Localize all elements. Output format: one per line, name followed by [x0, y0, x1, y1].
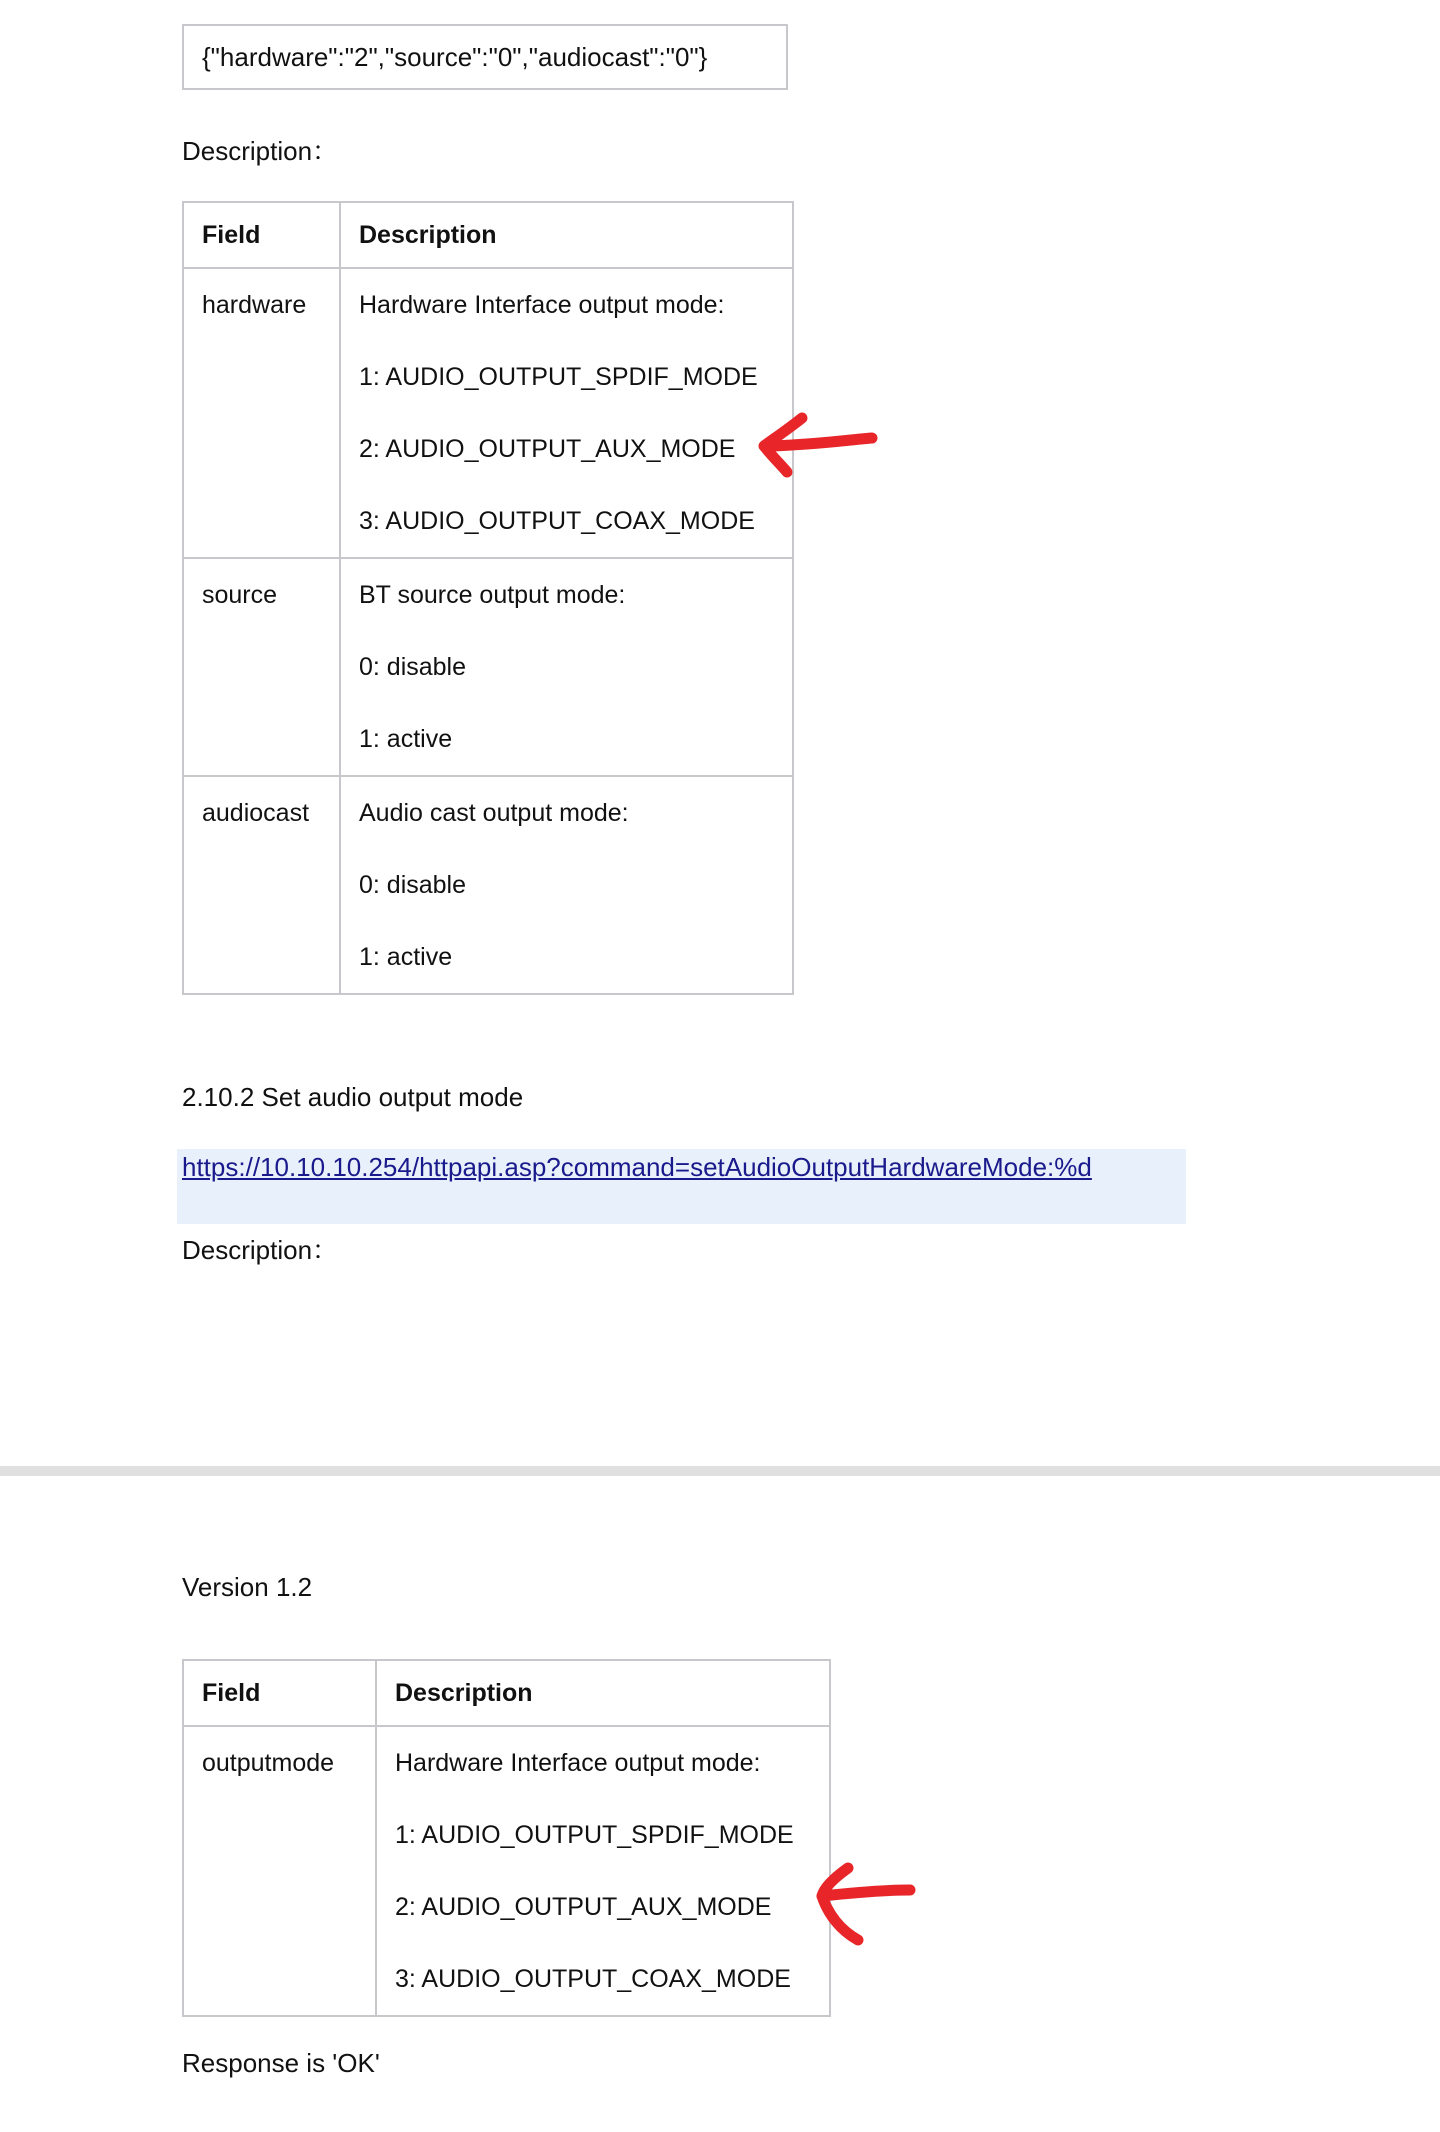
field-cell: audiocast [183, 776, 340, 994]
description-cell: Audio cast output mode:0: disable1: acti… [340, 776, 793, 994]
red-arrow-icon [810, 1862, 920, 1962]
column-header: Field [183, 202, 340, 268]
api-command-link[interactable]: https://10.10.10.254/httpapi.asp?command… [182, 1152, 1092, 1183]
description-label-2: Description： [182, 1230, 338, 1267]
column-header: Field [183, 1660, 376, 1726]
table-row: audiocastAudio cast output mode:0: disab… [183, 776, 793, 994]
description-line: 2: AUDIO_OUTPUT_AUX_MODE [395, 1871, 811, 1943]
field-name: audiocast [202, 777, 321, 849]
description-line: BT source output mode: [359, 559, 774, 631]
field-name: outputmode [202, 1727, 357, 1799]
description-line: Hardware Interface output mode: [395, 1727, 811, 1799]
description-line: 3: AUDIO_OUTPUT_COAX_MODE [359, 485, 774, 557]
description-label: Description： [182, 131, 338, 168]
table-row: outputmodeHardware Interface output mode… [183, 1726, 830, 2016]
field-name: source [202, 559, 321, 631]
description-line: 3: AUDIO_OUTPUT_COAX_MODE [395, 1943, 811, 2015]
red-arrow-icon [752, 410, 882, 480]
field-cell: source [183, 558, 340, 776]
version-label: Version 1.2 [182, 1572, 312, 1603]
page-separator [0, 1466, 1440, 1476]
description-line: 0: disable [359, 849, 774, 921]
description-line: Hardware Interface output mode: [359, 269, 774, 341]
response-example-text: {"hardware":"2","source":"0","audiocast"… [202, 42, 707, 73]
response-text: Response is 'OK' [182, 2048, 380, 2079]
description-line: 1: AUDIO_OUTPUT_SPDIF_MODE [395, 1799, 811, 1871]
table-row: sourceBT source output mode:0: disable1:… [183, 558, 793, 776]
column-header: Description [376, 1660, 830, 1726]
description-cell: BT source output mode:0: disable1: activ… [340, 558, 793, 776]
field-table-v12: FieldDescriptionoutputmodeHardware Inter… [182, 1659, 831, 2017]
description-line: 1: active [359, 703, 774, 775]
table-header-row: FieldDescription [183, 1660, 830, 1726]
field-name: hardware [202, 269, 321, 341]
column-header: Description [340, 202, 793, 268]
field-cell: hardware [183, 268, 340, 558]
field-cell: outputmode [183, 1726, 376, 2016]
table-header-row: FieldDescription [183, 202, 793, 268]
description-line: 1: active [359, 921, 774, 993]
description-line: Audio cast output mode: [359, 777, 774, 849]
description-cell: Hardware Interface output mode:1: AUDIO_… [340, 268, 793, 558]
description-line: 2: AUDIO_OUTPUT_AUX_MODE [359, 413, 774, 485]
field-table-v1: FieldDescriptionhardwareHardware Interfa… [182, 201, 794, 995]
response-example-box: {"hardware":"2","source":"0","audiocast"… [182, 24, 788, 90]
section-heading: 2.10.2 Set audio output mode [182, 1082, 523, 1113]
table-row: hardwareHardware Interface output mode:1… [183, 268, 793, 558]
description-line: 0: disable [359, 631, 774, 703]
description-line: 1: AUDIO_OUTPUT_SPDIF_MODE [359, 341, 774, 413]
description-cell: Hardware Interface output mode:1: AUDIO_… [376, 1726, 830, 2016]
